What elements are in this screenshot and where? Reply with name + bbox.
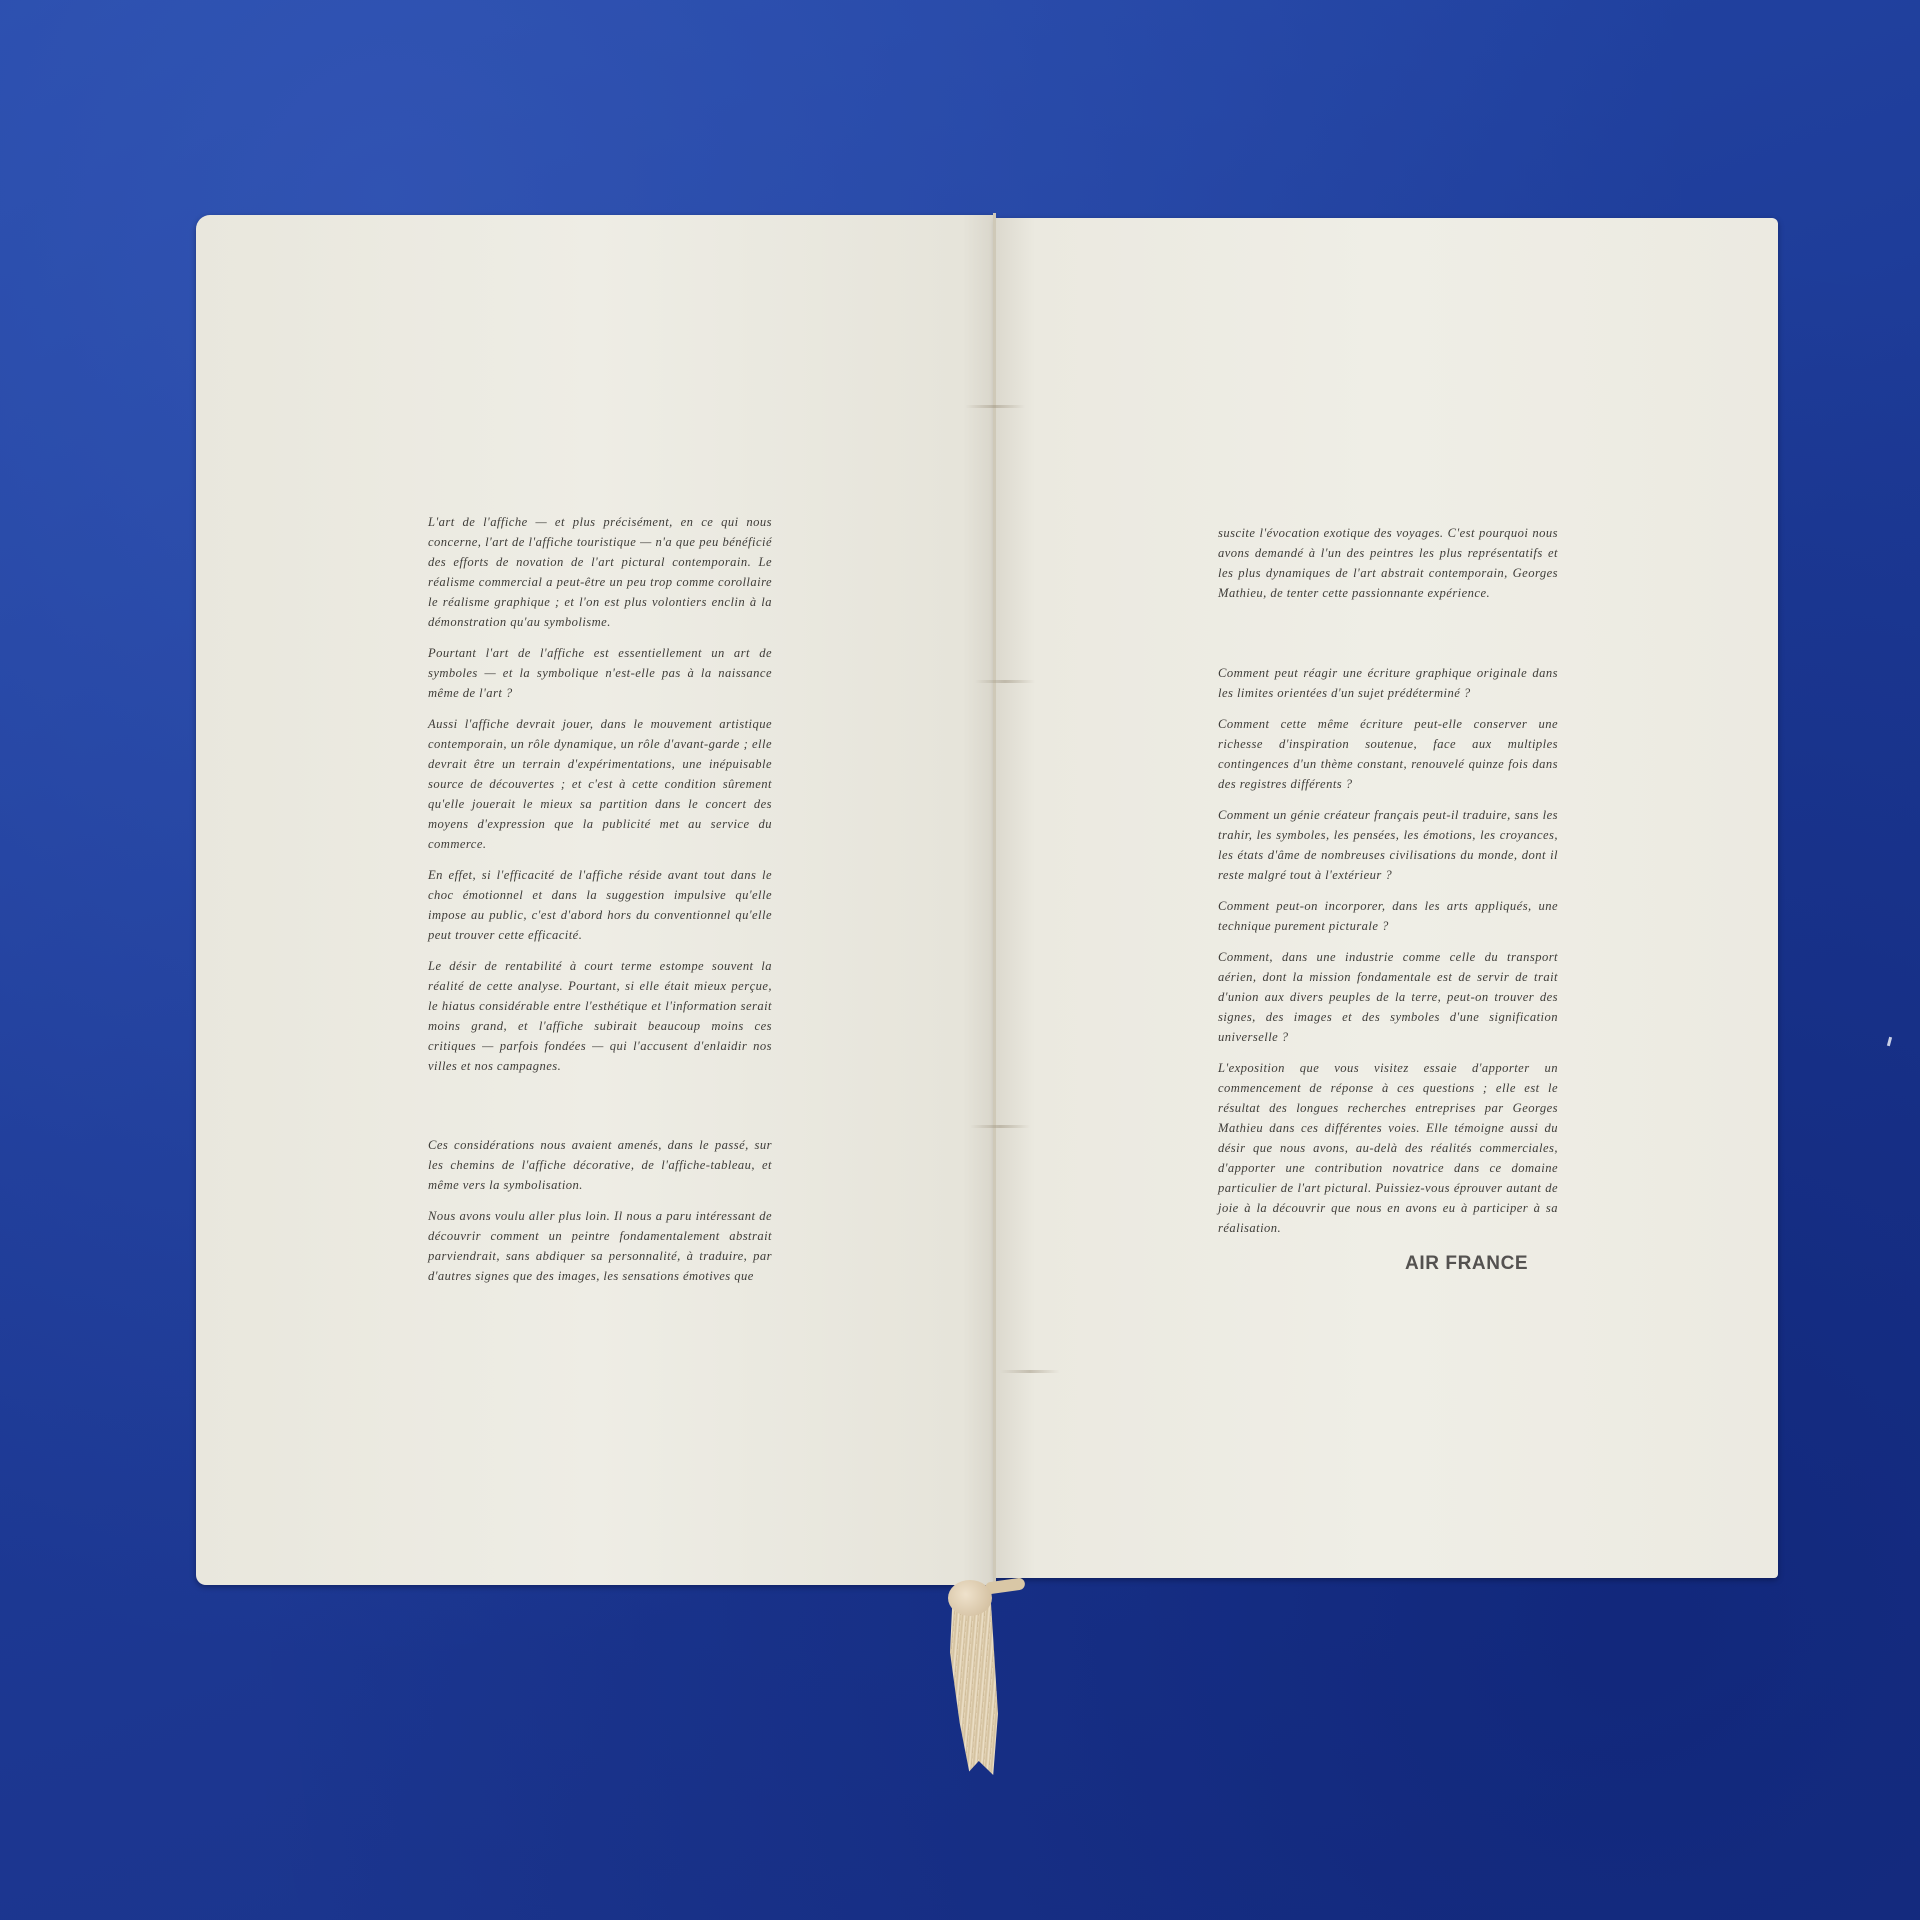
string-tassel-icon	[950, 1600, 998, 1775]
paragraph: Comment cette même écriture peut-elle co…	[1218, 714, 1558, 794]
lint-speck	[1887, 1037, 1892, 1046]
crease	[970, 1125, 1030, 1128]
left-page-text-block-2: Ces considérations nous avaient amenés, …	[428, 1135, 772, 1297]
paragraph: Pourtant l'art de l'affiche est essentie…	[428, 643, 772, 703]
right-page-text-block-2: Comment peut réagir une écriture graphiq…	[1218, 663, 1558, 1249]
paragraph: Comment peut-on incorporer, dans les art…	[1218, 896, 1558, 936]
crease	[965, 405, 1025, 408]
paragraph: Comment un génie créateur français peut-…	[1218, 805, 1558, 885]
crease	[975, 680, 1035, 683]
paragraph: Ces considérations nous avaient amenés, …	[428, 1135, 772, 1195]
left-page-text-block-1: L'art de l'affiche — et plus précisément…	[428, 512, 772, 1087]
paragraph: suscite l'évocation exotique des voyages…	[1218, 523, 1558, 603]
paragraph: Nous avons voulu aller plus loin. Il nou…	[428, 1206, 772, 1286]
paragraph: L'exposition que vous visitez essaie d'a…	[1218, 1058, 1558, 1238]
paragraph: En effet, si l'efficacité de l'affiche r…	[428, 865, 772, 945]
paragraph: Comment, dans une industrie comme celle …	[1218, 947, 1558, 1047]
paragraph: Aussi l'affiche devrait jouer, dans le m…	[428, 714, 772, 854]
air-france-logo: AIR FRANCE	[1405, 1253, 1528, 1275]
right-page-text-block-1: suscite l'évocation exotique des voyages…	[1218, 523, 1558, 614]
spine-fold	[993, 213, 996, 1588]
paragraph: Le désir de rentabilité à court terme es…	[428, 956, 772, 1076]
crease	[1000, 1370, 1060, 1373]
paragraph: Comment peut réagir une écriture graphiq…	[1218, 663, 1558, 703]
binding-knot	[948, 1580, 992, 1616]
paragraph: L'art de l'affiche — et plus précisément…	[428, 512, 772, 632]
